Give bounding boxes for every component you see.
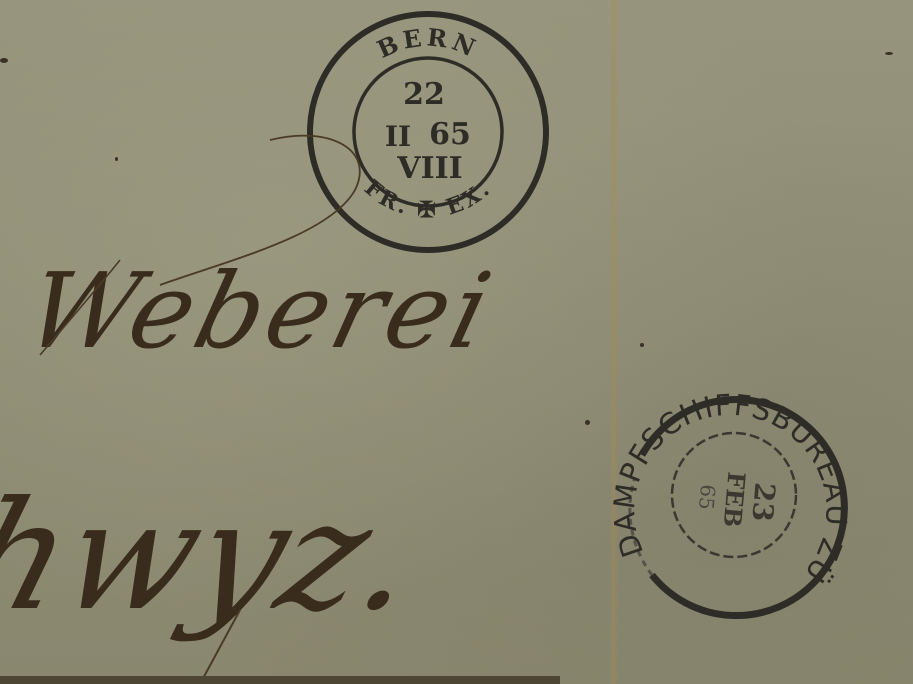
ink-speck [640,343,644,347]
ink-speck [585,420,590,425]
ink-speck [115,157,118,161]
envelope-photo: BERN FR. ✠ EX. 22 II 65 VIII DAMPFSCHIFF… [0,0,913,684]
envelope-bottom-edge [0,676,560,684]
ink-speck [0,58,8,63]
pen-flourish [0,0,913,684]
ink-speck [885,52,893,55]
